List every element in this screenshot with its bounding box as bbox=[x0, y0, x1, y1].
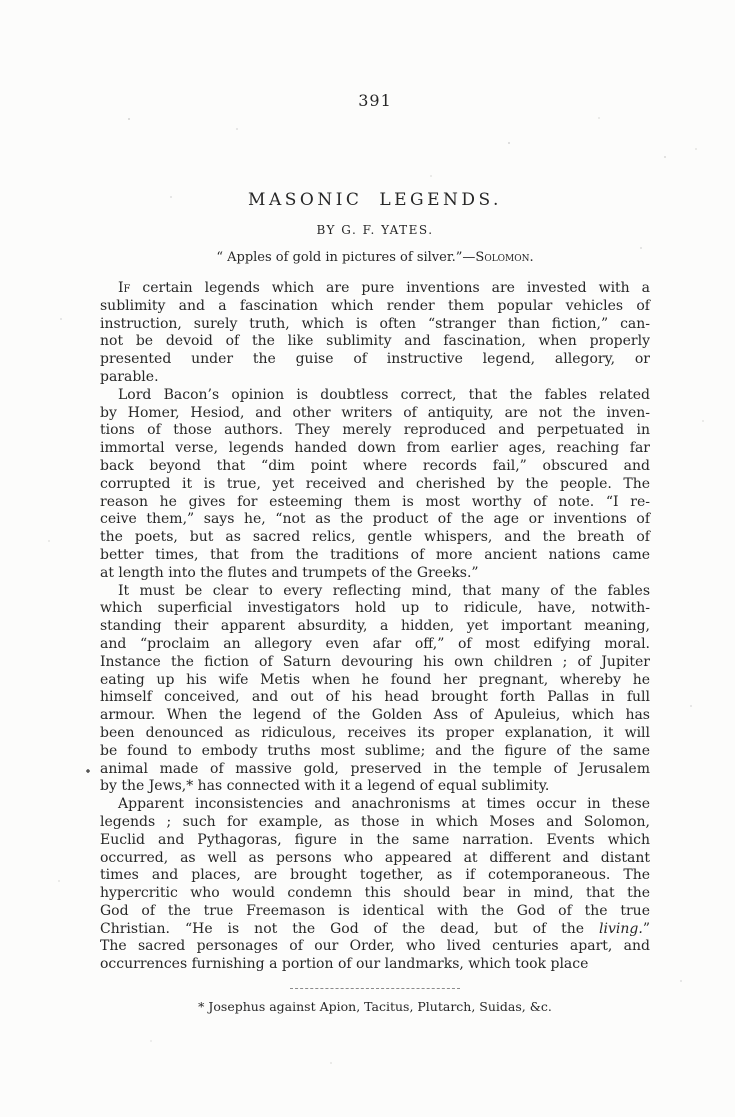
text-line: parable. bbox=[100, 369, 650, 387]
text-line: Apparent inconsistencies and anachronism… bbox=[100, 796, 650, 814]
text-line: immortal verse, legends handed down from… bbox=[100, 440, 650, 458]
text-line: himself conceived, and out of his head b… bbox=[100, 689, 650, 707]
text-line: the poets, but as sacred relics, gentle … bbox=[100, 529, 650, 547]
margin-speck bbox=[86, 769, 91, 774]
text-line: occurrences furnishing a portion of our … bbox=[100, 956, 650, 974]
text-line: If certain legends which are pure invent… bbox=[100, 280, 650, 298]
text-line: hypercritic who would condemn this shoul… bbox=[100, 885, 650, 903]
text-line: animal made of massive gold, preserved i… bbox=[100, 761, 650, 779]
text-line: times and places, are brought together, … bbox=[100, 867, 650, 885]
text-line: ceive them,” says he, “not as the produc… bbox=[100, 511, 650, 529]
text-line: tions of those authors. They merely repr… bbox=[100, 422, 650, 440]
text-line: It must be clear to every reflecting min… bbox=[100, 583, 650, 601]
text-line: not be devoid of the like sublimity and … bbox=[100, 333, 650, 351]
text-line: standing their apparent absurdity, a hid… bbox=[100, 618, 650, 636]
text-line: armour. When the legend of the Golden As… bbox=[100, 707, 650, 725]
text-line: occurred, as well as persons who appeare… bbox=[100, 850, 650, 868]
text-line: at length into the flutes and trumpets o… bbox=[100, 565, 650, 583]
article-title: MASONIC LEGENDS. bbox=[100, 190, 650, 210]
text-line: presented under the guise of instructive… bbox=[100, 351, 650, 369]
text-line: be found to embody truths most sublime; … bbox=[100, 743, 650, 761]
text-line: which superficial investigators hold up … bbox=[100, 600, 650, 618]
article-epigraph: “ Apples of gold in pictures of silver.”… bbox=[100, 250, 650, 266]
text-column: MASONIC LEGENDS. BY G. F. YATES. “ Apple… bbox=[100, 190, 650, 1014]
article-byline: BY G. F. YATES. bbox=[100, 223, 650, 237]
text-line: been denounced as ridiculous, receives i… bbox=[100, 725, 650, 743]
text-line: Christian. “He is not the God of the dea… bbox=[100, 921, 650, 939]
text-line: and “proclaim an allegory even afar off,… bbox=[100, 636, 650, 654]
text-line: Lord Bacon’s opinion is doubtless correc… bbox=[100, 387, 650, 405]
text-line: sublimity and a fascination which render… bbox=[100, 298, 650, 316]
text-line: reason he gives for esteeming them is mo… bbox=[100, 494, 650, 512]
text-line: by Homer, Hesiod, and other writers of a… bbox=[100, 405, 650, 423]
footnote-separator bbox=[290, 988, 460, 989]
text-line: legends ; such for example, as those in … bbox=[100, 814, 650, 832]
text-line: by the Jews,* has connected with it a le… bbox=[100, 778, 650, 796]
text-line: better times, that from the traditions o… bbox=[100, 547, 650, 565]
article-body: If certain legends which are pure invent… bbox=[100, 280, 650, 974]
text-line: The sacred personages of our Order, who … bbox=[100, 938, 650, 956]
text-line: God of the true Freemason is identical w… bbox=[100, 903, 650, 921]
text-line: corrupted it is true, yet received and c… bbox=[100, 476, 650, 494]
text-line: Instance the fiction of Saturn devouring… bbox=[100, 654, 650, 672]
scan-noise bbox=[0, 0, 2, 2]
page-number: 391 bbox=[100, 92, 650, 110]
footnote: * Josephus against Apion, Tacitus, Pluta… bbox=[100, 999, 650, 1014]
text-line: instruction, surely truth, which is ofte… bbox=[100, 316, 650, 334]
text-line: back beyond that “dim point where record… bbox=[100, 458, 650, 476]
text-line: Euclid and Pythagoras, figure in the sam… bbox=[100, 832, 650, 850]
scanned-page: 391 MASONIC LEGENDS. BY G. F. YATES. “ A… bbox=[0, 0, 735, 1117]
text-line: eating up his wife Metis when he found h… bbox=[100, 672, 650, 690]
